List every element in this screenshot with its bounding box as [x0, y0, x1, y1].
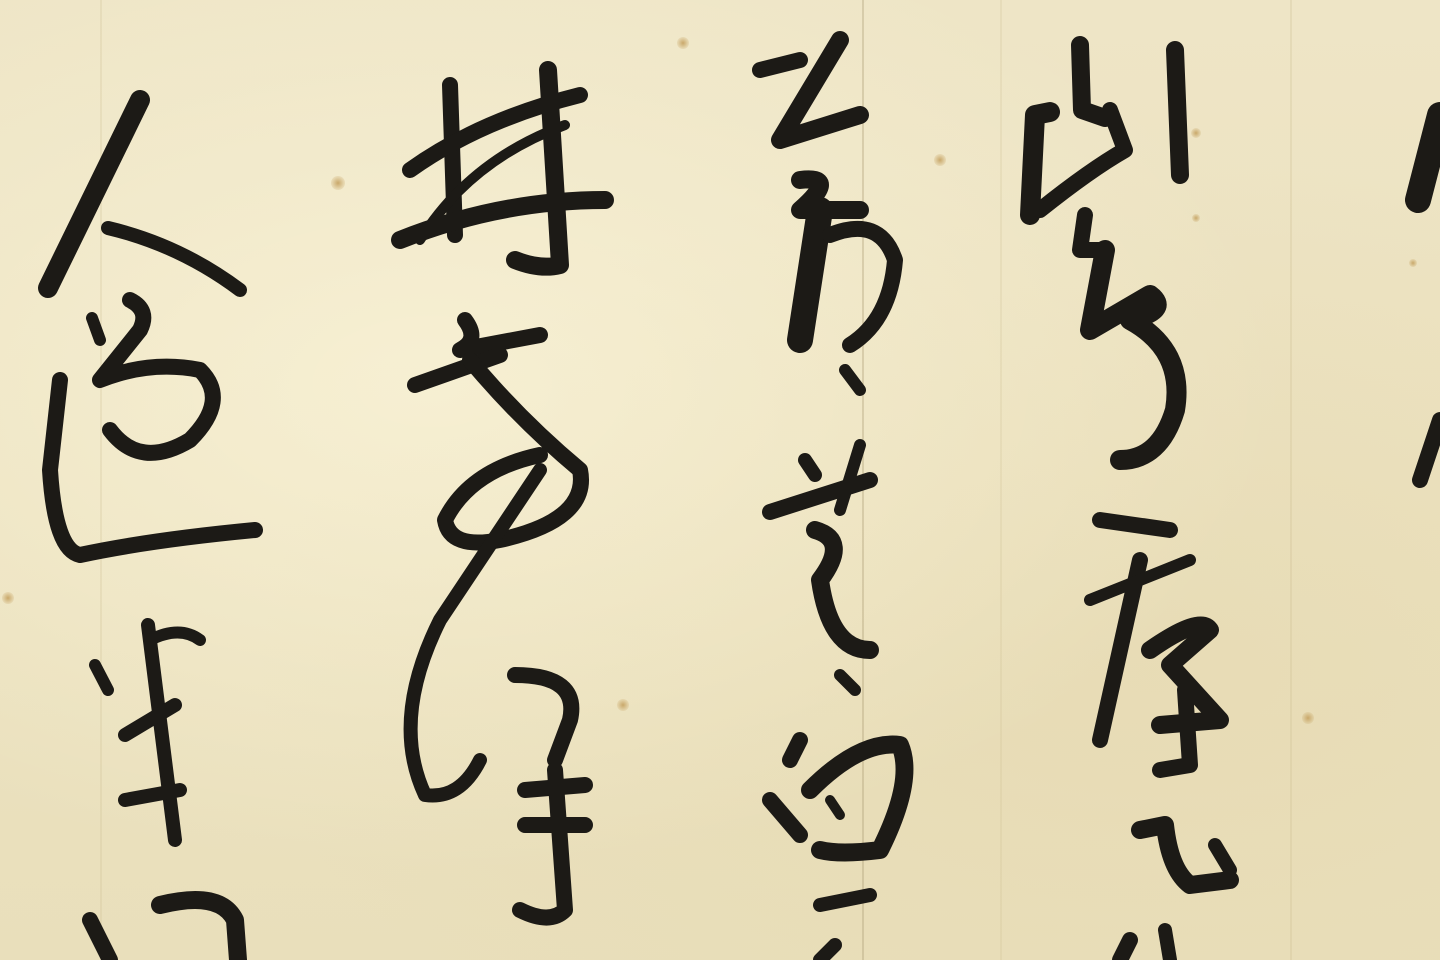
character-fei [1120, 825, 1230, 960]
character-shu [411, 470, 585, 918]
character-right-edge-middle [1420, 420, 1440, 480]
character-ren [48, 100, 240, 290]
character-shan [1030, 45, 1180, 215]
character-yun-cloud [1080, 215, 1177, 460]
character-xu [1090, 520, 1220, 770]
character-zi [415, 320, 581, 543]
ink-strokes [0, 0, 1440, 960]
character-bai [400, 70, 605, 267]
calligraphy-artwork [0, 0, 1440, 960]
character-bai-white [770, 740, 905, 853]
character-yun-partial [820, 895, 870, 960]
character-xiao [770, 445, 870, 690]
character-ju-partial [90, 900, 238, 960]
character-yuan [760, 40, 895, 390]
character-dao [50, 300, 255, 555]
character-right-edge-top [1418, 115, 1440, 200]
character-ban [95, 625, 200, 840]
